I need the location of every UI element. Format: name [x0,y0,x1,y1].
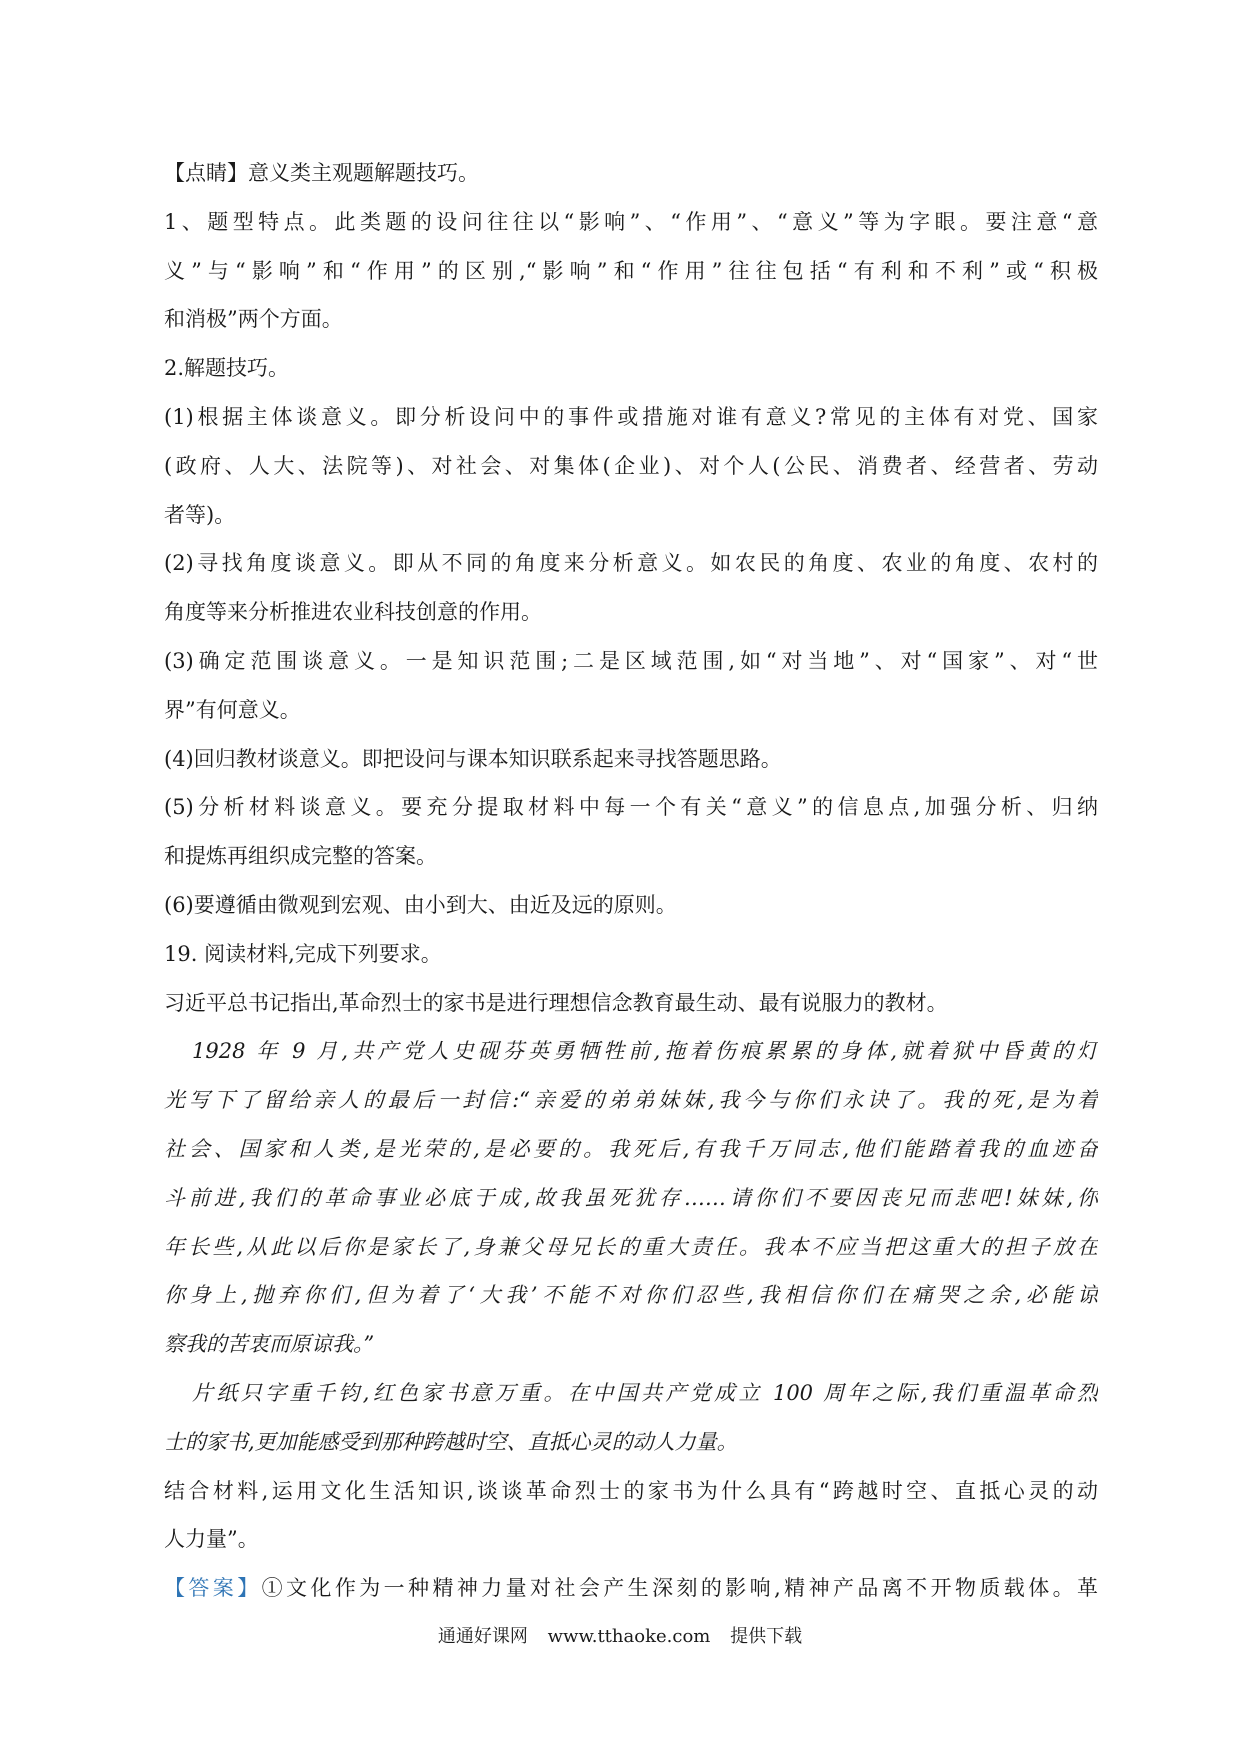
text-line: 你身上,抛弃你们,但为着了‘大我’不能不对你们忍些,我相信你们在痛哭之余,必能谅 [164,1271,1098,1320]
document-body: 【点睛】意义类主观题解题技巧。1、题型特点。此类题的设问往往以“影响”、“作用”… [164,149,1098,1613]
text-line: 义”与“影响”和“作用”的区别,“影响”和“作用”往往包括“有利和不利”或“积极 [164,247,1098,296]
text-line: (4)回归教材谈意义。即把设问与课本知识联系起来寻找答题思路。 [164,735,1098,784]
text-line: 界”有何意义。 [164,686,1098,735]
text-line: 光写下了留给亲人的最后一封信:“亲爱的弟弟妹妹,我今与你们永诀了。我的死,是为着 [164,1076,1098,1125]
answer-label: 【答案】 [164,1576,262,1600]
text-line: 【答案】①文化作为一种精神力量对社会产生深刻的影响,精神产品离不开物质载体。革 [164,1564,1098,1613]
document-page: 【点睛】意义类主观题解题技巧。1、题型特点。此类题的设问往往以“影响”、“作用”… [0,0,1240,1754]
footer-url: www.tthaoke.com [548,1626,711,1647]
text-line: (6)要遵循由微观到宏观、由小到大、由近及远的原则。 [164,881,1098,930]
text-line: 年长些,从此以后你是家长了,身兼父母兄长的重大责任。我本不应当把这重大的担子放在 [164,1223,1098,1272]
text-line: 社会、国家和人类,是光荣的,是必要的。我死后,有我千万同志,他们能踏着我的血迹奋 [164,1125,1098,1174]
text-line: (2)寻找角度谈意义。即从不同的角度来分析意义。如农民的角度、农业的角度、农村的 [164,539,1098,588]
footer-download-label: 提供下载 [730,1626,802,1647]
text-line: 结合材料,运用文化生活知识,谈谈革命烈士的家书为什么具有“跨越时空、直抵心灵的动 [164,1467,1098,1516]
text-line: 【点睛】意义类主观题解题技巧。 [164,149,1098,198]
text-line: 2.解题技巧。 [164,344,1098,393]
text-line: 习近平总书记指出,革命烈士的家书是进行理想信念教育最生动、最有说服力的教材。 [164,979,1098,1028]
text-line: 和消极”两个方面。 [164,295,1098,344]
text-line: (1)根据主体谈意义。即分析设问中的事件或措施对谁有意义?常见的主体有对党、国家 [164,393,1098,442]
text-line: (政府、人大、法院等)、对社会、对集体(企业)、对个人(公民、消费者、经营者、劳… [164,442,1098,491]
text-line: 角度等来分析推进农业科技创意的作用。 [164,588,1098,637]
text-line: 斗前进,我们的革命事业必底于成,故我虽死犹存……请你们不要因丧兄而悲吧!妹妹,你 [164,1174,1098,1223]
text-line: 片纸只字重千钧,红色家书意万重。在中国共产党成立 100 周年之际,我们重温革命… [164,1369,1098,1418]
text-line: (5)分析材料谈意义。要充分提取材料中每一个有关“意义”的信息点,加强分析、归纳 [164,783,1098,832]
text-line: 察我的苦衷而原谅我。” [164,1320,1098,1369]
text-line: (3)确定范围谈意义。一是知识范围;二是区域范围,如“对当地”、对“国家”、对“… [164,637,1098,686]
text-line: 和提炼再组织成完整的答案。 [164,832,1098,881]
text-line: 人力量”。 [164,1515,1098,1564]
text-line: 1928 年 9 月,共产党人史砚芬英勇牺牲前,拖着伤痕累累的身体,就着狱中昏黄… [164,1027,1098,1076]
text-line: 1、题型特点。此类题的设问往往以“影响”、“作用”、“意义”等为字眼。要注意“意 [164,198,1098,247]
text-line: 者等)。 [164,491,1098,540]
text-line: 士的家书,更加能感受到那种跨越时空、直抵心灵的动人力量。 [164,1418,1098,1467]
text-line: 19. 阅读材料,完成下列要求。 [164,930,1098,979]
footer-site-name: 通通好课网 [438,1626,528,1647]
page-footer: 通通好课网 www.tthaoke.com 提供下载 [0,1622,1240,1652]
